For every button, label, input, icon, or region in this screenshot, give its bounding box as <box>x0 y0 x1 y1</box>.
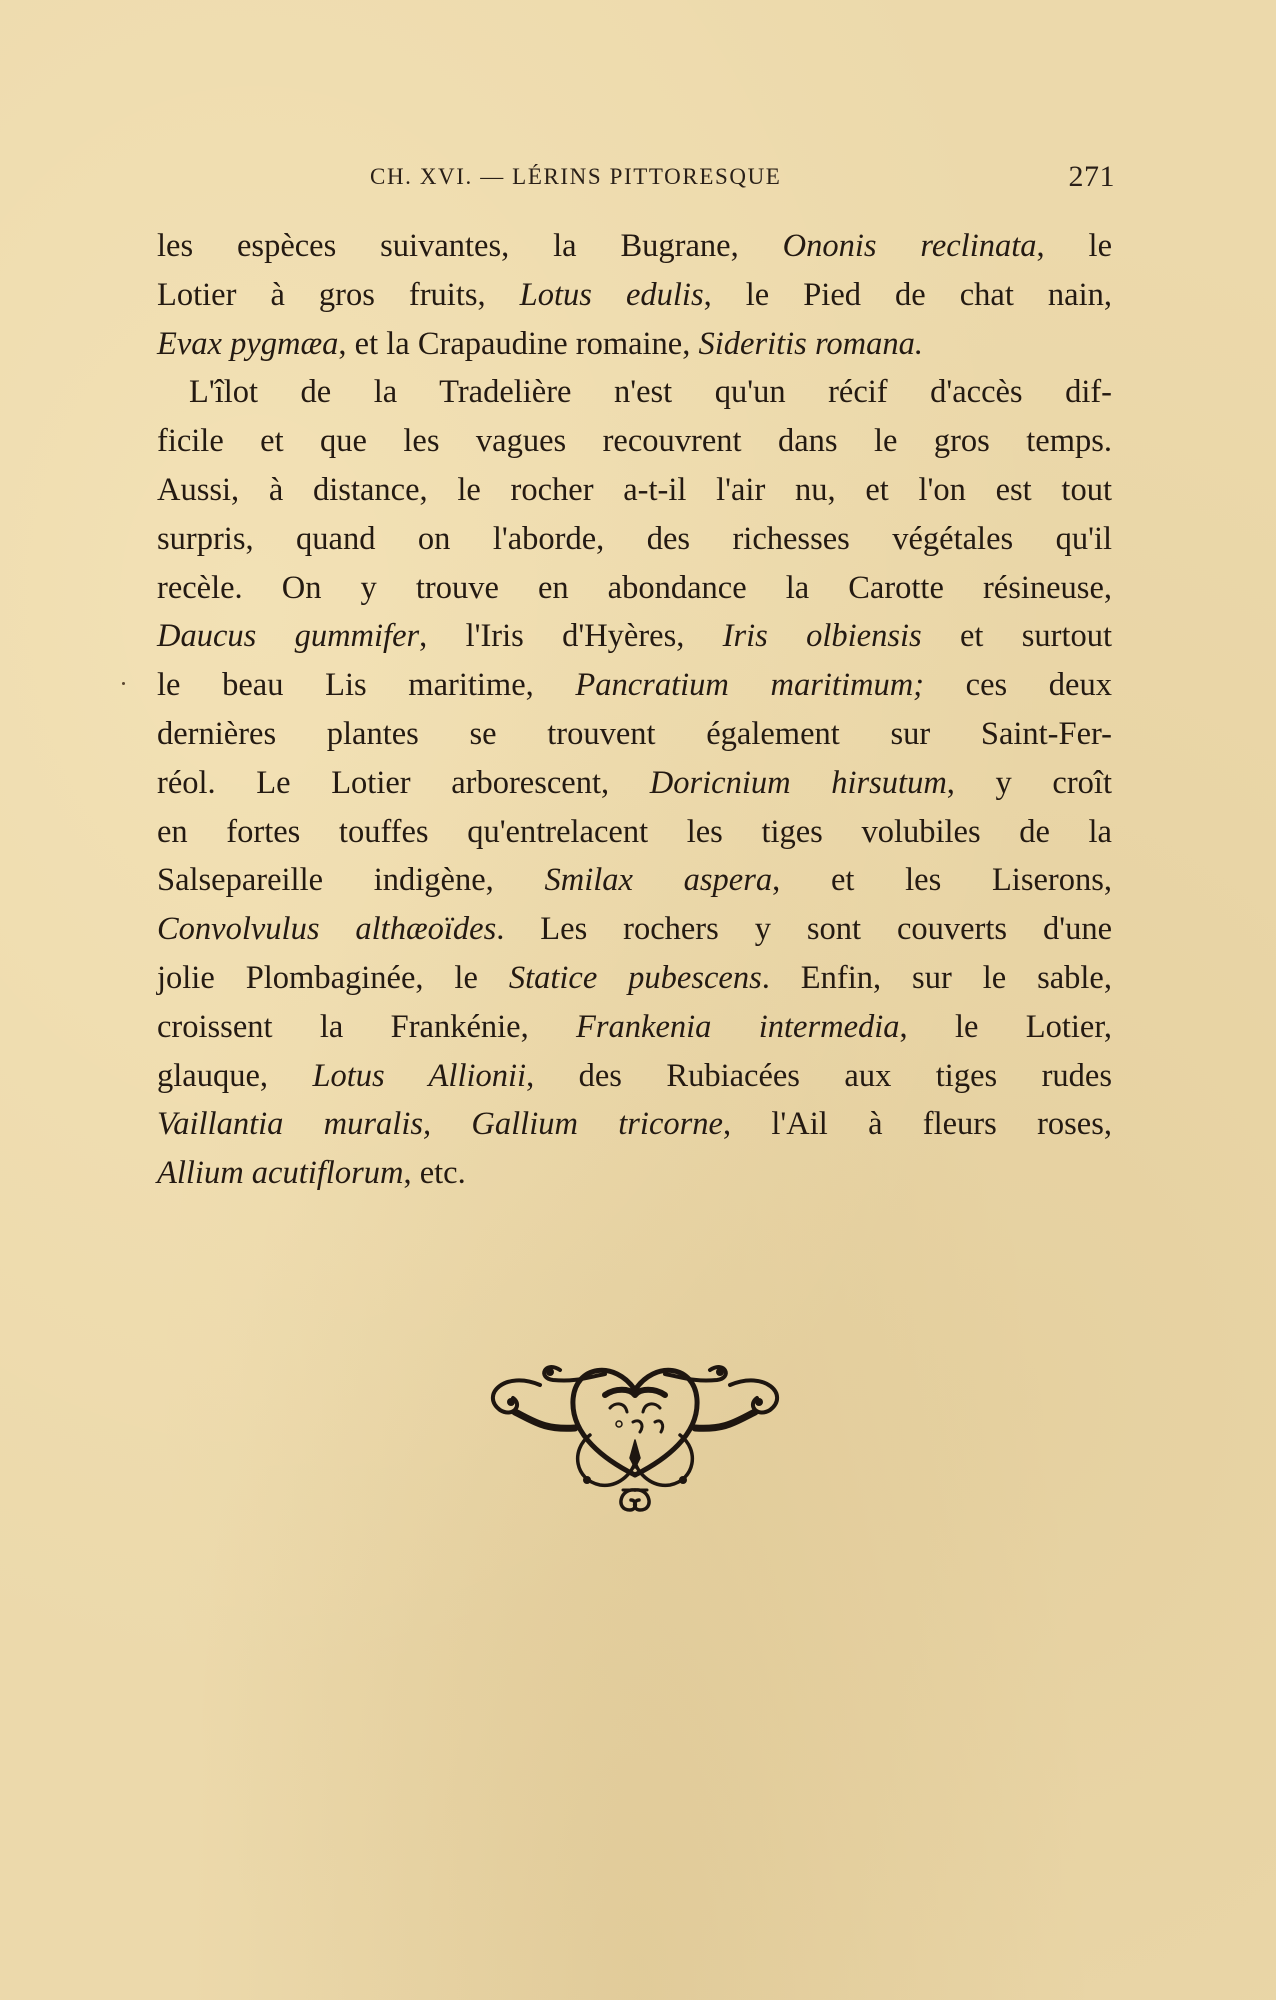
text-run: surpris, quand on l'aborde, des richesse… <box>157 521 1112 557</box>
text-run: Lotier à gros fruits, <box>157 277 520 313</box>
italic-species-name: Allium acutiflorum <box>157 1155 403 1191</box>
text-line: croissent la Frankénie, Frankenia interm… <box>157 1003 1112 1052</box>
text-run: en fortes touffes qu'entrelacent les tig… <box>157 814 1112 850</box>
text-run: , le Lotier, <box>900 1009 1112 1045</box>
text-line: les espèces suivantes, la Bugrane, Ononi… <box>157 222 1112 271</box>
text-run: , l'Iris d'Hyères, <box>419 618 723 654</box>
text-line: Aussi, à distance, le rocher a-t-il l'ai… <box>157 466 1112 515</box>
text-line: L'îlot de la Tradelière n'est qu'un réci… <box>157 368 1112 417</box>
text-line: Allium acutiflorum, etc. <box>157 1149 1112 1198</box>
text-run: Salsepareille indigène, <box>157 862 545 898</box>
text-run: , et la Crapaudine romaine, <box>338 326 698 362</box>
text-run: et surtout <box>922 618 1112 654</box>
text-run: jolie Plombaginée, le <box>157 960 509 996</box>
text-run: . Les rochers y sont couverts d'une <box>496 911 1112 947</box>
text-run: réol. Le Lotier arborescent, <box>157 765 650 801</box>
text-line: Vaillantia muralis, Gallium tricorne, l'… <box>157 1100 1112 1149</box>
text-run: glauque, <box>157 1058 312 1094</box>
text-line: recèle. On y trouve en abondance la Caro… <box>157 564 1112 613</box>
italic-species-name: Statice pubescens <box>509 960 762 996</box>
text-run: , y croît <box>947 765 1112 801</box>
text-run: ces deux <box>924 667 1112 703</box>
text-run: , le <box>1037 228 1112 264</box>
italic-species-name: Pancratium maritimum; <box>575 667 924 703</box>
text-run: dernières plantes se trouvent également … <box>157 716 1112 752</box>
text-line: Daucus gummifer, l'Iris d'Hyères, Iris o… <box>157 612 1112 661</box>
italic-species-name: Lotus edulis <box>520 277 704 313</box>
text-line: glauque, Lotus Allionii, des Rubiacées a… <box>157 1052 1112 1101</box>
fleuron-tailpiece-icon <box>465 1350 805 1520</box>
italic-species-name: Vaillantia muralis, Gallium tricorne <box>157 1106 723 1142</box>
text-run: le beau Lis maritime, <box>157 667 575 703</box>
text-line: dernières plantes se trouvent également … <box>157 710 1112 759</box>
text-line: le beau Lis maritime, Pancratium maritim… <box>157 661 1112 710</box>
running-head: CH. XVI. — LÉRINS PITTORESQUE 271 <box>370 160 1115 200</box>
italic-species-name: Convolvulus althæoïdes <box>157 911 496 947</box>
italic-species-name: Sideritis romana. <box>698 326 923 362</box>
text-line: Convolvulus althæoïdes. Les rochers y so… <box>157 905 1112 954</box>
text-run: croissent la Frankénie, <box>157 1009 576 1045</box>
italic-species-name: Frankenia intermedia <box>576 1009 900 1045</box>
text-line: Evax pygmæa, et la Crapaudine romaine, S… <box>157 320 1112 369</box>
text-run: , des Rubiacées aux tiges rudes <box>526 1058 1112 1094</box>
text-run: , l'Ail à fleurs roses, <box>723 1106 1112 1142</box>
italic-species-name: Evax pygmæa <box>157 326 338 362</box>
text-run: , et les Liserons, <box>772 862 1112 898</box>
text-run: les espèces suivantes, la Bugrane, <box>157 228 783 264</box>
chapter-title: CH. XVI. — LÉRINS PITTORESQUE <box>370 164 781 190</box>
text-line: surpris, quand on l'aborde, des richesse… <box>157 515 1112 564</box>
text-run: ficile et que les vagues recouvrent dans… <box>157 423 1112 459</box>
text-line: en fortes touffes qu'entrelacent les tig… <box>157 808 1112 857</box>
text-run: recèle. On y trouve en abondance la Caro… <box>157 570 1112 606</box>
book-page: CH. XVI. — LÉRINS PITTORESQUE 271 les es… <box>0 0 1276 2000</box>
page-number: 271 <box>1069 160 1116 194</box>
italic-species-name: Ononis reclinata <box>783 228 1037 264</box>
paper-speck <box>122 682 125 685</box>
text-run: , le Pied de chat nain, <box>704 277 1112 313</box>
italic-species-name: Smilax aspera <box>545 862 773 898</box>
text-line: Salsepareille indigène, Smilax aspera, e… <box>157 856 1112 905</box>
italic-species-name: Doricnium hirsutum <box>650 765 947 801</box>
italic-species-name: Daucus gummifer <box>157 618 419 654</box>
text-line: jolie Plombaginée, le Statice pubescens.… <box>157 954 1112 1003</box>
text-line: Lotier à gros fruits, Lotus edulis, le P… <box>157 271 1112 320</box>
text-run: . Enfin, sur le sable, <box>762 960 1112 996</box>
text-run: , etc. <box>403 1155 465 1191</box>
text-run: Aussi, à distance, le rocher a-t-il l'ai… <box>157 472 1112 508</box>
italic-species-name: Lotus Allionii <box>312 1058 526 1094</box>
body-text: les espèces suivantes, la Bugrane, Ononi… <box>157 222 1112 1198</box>
italic-species-name: Iris olbiensis <box>723 618 922 654</box>
text-line: ficile et que les vagues recouvrent dans… <box>157 417 1112 466</box>
text-line: réol. Le Lotier arborescent, Doricnium h… <box>157 759 1112 808</box>
text-run: L'îlot de la Tradelière n'est qu'un réci… <box>189 374 1112 410</box>
